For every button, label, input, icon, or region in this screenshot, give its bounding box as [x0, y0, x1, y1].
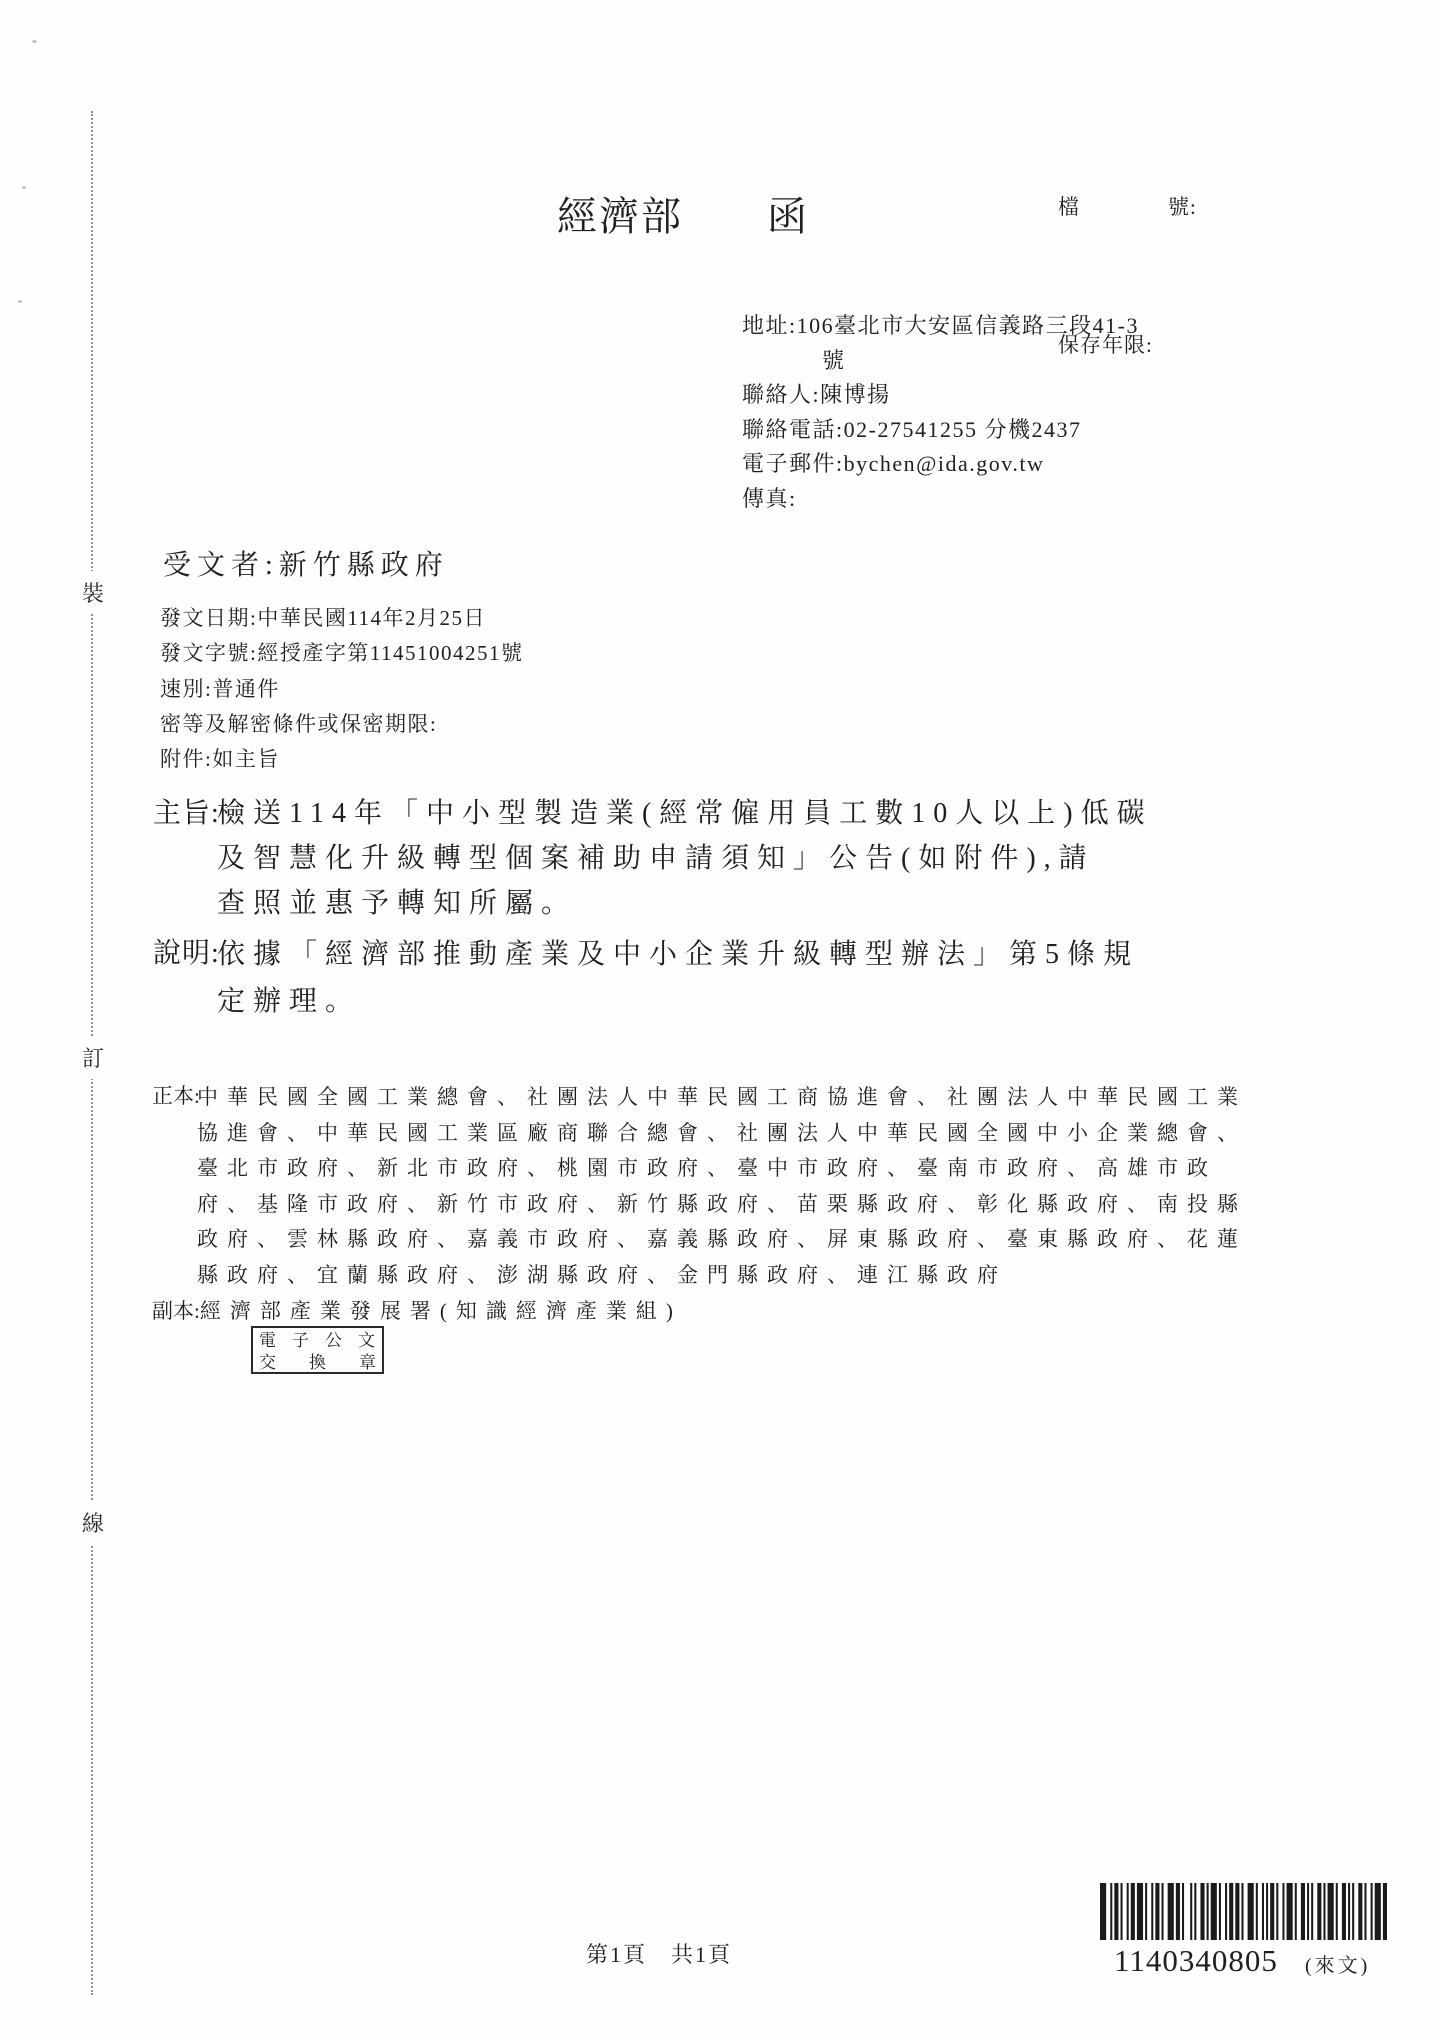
- barcode-number: 1140340805: [1114, 1943, 1278, 1979]
- exchange-stamp: 電子公文 交換章: [251, 1326, 384, 1374]
- barcode: [1100, 1883, 1387, 1940]
- meta-security-class: 密等及解密條件或保密期限:: [160, 707, 524, 742]
- subject-line: 查照並惠予轉知所屬。: [217, 881, 1153, 926]
- file-no-label: 檔 號:: [1058, 184, 1197, 230]
- stamp-line2: 交換章: [259, 1352, 376, 1374]
- recipients-copy-value: 經濟部產業發展署(知識經濟產業組): [200, 1299, 682, 1323]
- subject-line: 檢送114年「中小型製造業(經常僱用員工數10人以上)低碳: [217, 791, 1153, 836]
- document-page: 裝 訂 線 檔 號: 保存年限: 經濟部 函 地址:106臺北市大安區信義路三段…: [0, 0, 1440, 2037]
- subject-line: 及智慧化升級轉型個案補助申請須知」公告(如附件),請: [217, 836, 1153, 881]
- recipients-main-line: 政府、雲林縣政府、嘉義市政府、嘉義縣政府、屏東縣政府、臺東縣政府、花蓮: [197, 1222, 1247, 1258]
- sender-email: 電子郵件:bychen@ida.gov.tw: [742, 447, 1139, 482]
- recipients-main-line: 協進會、中華民國工業區廠商聯合總會、社團法人中華民國全國中小企業總會、: [197, 1116, 1247, 1152]
- explanation-line: 定辦理。: [217, 978, 1139, 1025]
- document-meta: 發文日期:中華民國114年2月25日 發文字號:經授產字第11451004251…: [160, 601, 524, 777]
- sender-address-line2: 號: [822, 344, 1139, 379]
- explanation-paragraph: 說明: 依據「經濟部推動產業及中小企業升級轉型辦法」第5條規 定辦理。: [153, 931, 1139, 1025]
- recipient-line: 受文者:新竹縣政府: [163, 543, 449, 583]
- recipients-main-line: 中華民國全國工業總會、社團法人中華民國工商協進會、社團法人中華民國工業: [197, 1080, 1247, 1116]
- scan-speck: [32, 40, 37, 43]
- scan-speck: [22, 186, 26, 189]
- meta-issue-number: 發文字號:經授產字第11451004251號: [160, 636, 524, 671]
- sender-contact-person: 聯絡人:陳博揚: [742, 378, 1139, 413]
- document-title: 經濟部 函: [557, 185, 809, 242]
- recipients-main-line: 府、基隆市政府、新竹市政府、新竹縣政府、苗栗縣政府、彰化縣政府、南投縣: [197, 1187, 1247, 1223]
- subject-paragraph: 主旨: 檢送114年「中小型製造業(經常僱用員工數10人以上)低碳 及智慧化升級…: [153, 791, 1153, 926]
- sender-address-line1: 地址:106臺北市大安區信義路三段41-3: [742, 309, 1139, 344]
- binding-mark-xian: 線: [80, 1501, 106, 1544]
- recipients-main-line: 臺北市政府、新北市政府、桃園市政府、臺中市政府、臺南市政府、高雄市政: [197, 1151, 1247, 1187]
- subject-label: 主旨:: [153, 791, 220, 831]
- explanation-line: 依據「經濟部推動產業及中小企業升級轉型辦法」第5條規: [217, 931, 1139, 978]
- scan-speck: [18, 300, 22, 303]
- binding-line: 裝 訂 線: [91, 111, 93, 1995]
- page-number: 第1頁 共1頁: [586, 1938, 732, 1969]
- sender-phone: 聯絡電話:02-27541255 分機2437: [742, 413, 1139, 448]
- sender-fax: 傳真:: [742, 482, 1139, 517]
- binding-mark-zhuang: 裝: [80, 571, 106, 614]
- meta-attachment: 附件:如主旨: [160, 742, 524, 777]
- barcode-block: 1140340805 (來文): [1100, 1883, 1400, 1940]
- explanation-label: 說明:: [153, 931, 220, 971]
- recipients-main-line: 縣政府、宜蘭縣政府、澎湖縣政府、金門縣政府、連江縣政府: [197, 1258, 1247, 1294]
- recipients-main-label: 正本:: [152, 1080, 200, 1110]
- binding-mark-ding: 訂: [80, 1036, 106, 1079]
- recipients-main: 正本: 中華民國全國工業總會、社團法人中華民國工商協進會、社團法人中華民國工業 …: [152, 1080, 1247, 1293]
- recipients-copy-label: 副本:: [152, 1299, 200, 1323]
- meta-speed-class: 速別:普通件: [160, 672, 524, 707]
- recipients-copy: 副本:經濟部產業發展署(知識經濟產業組): [152, 1295, 682, 1325]
- sender-contact-block: 地址:106臺北市大安區信義路三段41-3 號 聯絡人:陳博揚 聯絡電話:02-…: [742, 309, 1139, 516]
- stamp-line1: 電子公文: [259, 1330, 376, 1352]
- meta-issue-date: 發文日期:中華民國114年2月25日: [160, 601, 524, 636]
- barcode-source: (來文): [1305, 1949, 1370, 1978]
